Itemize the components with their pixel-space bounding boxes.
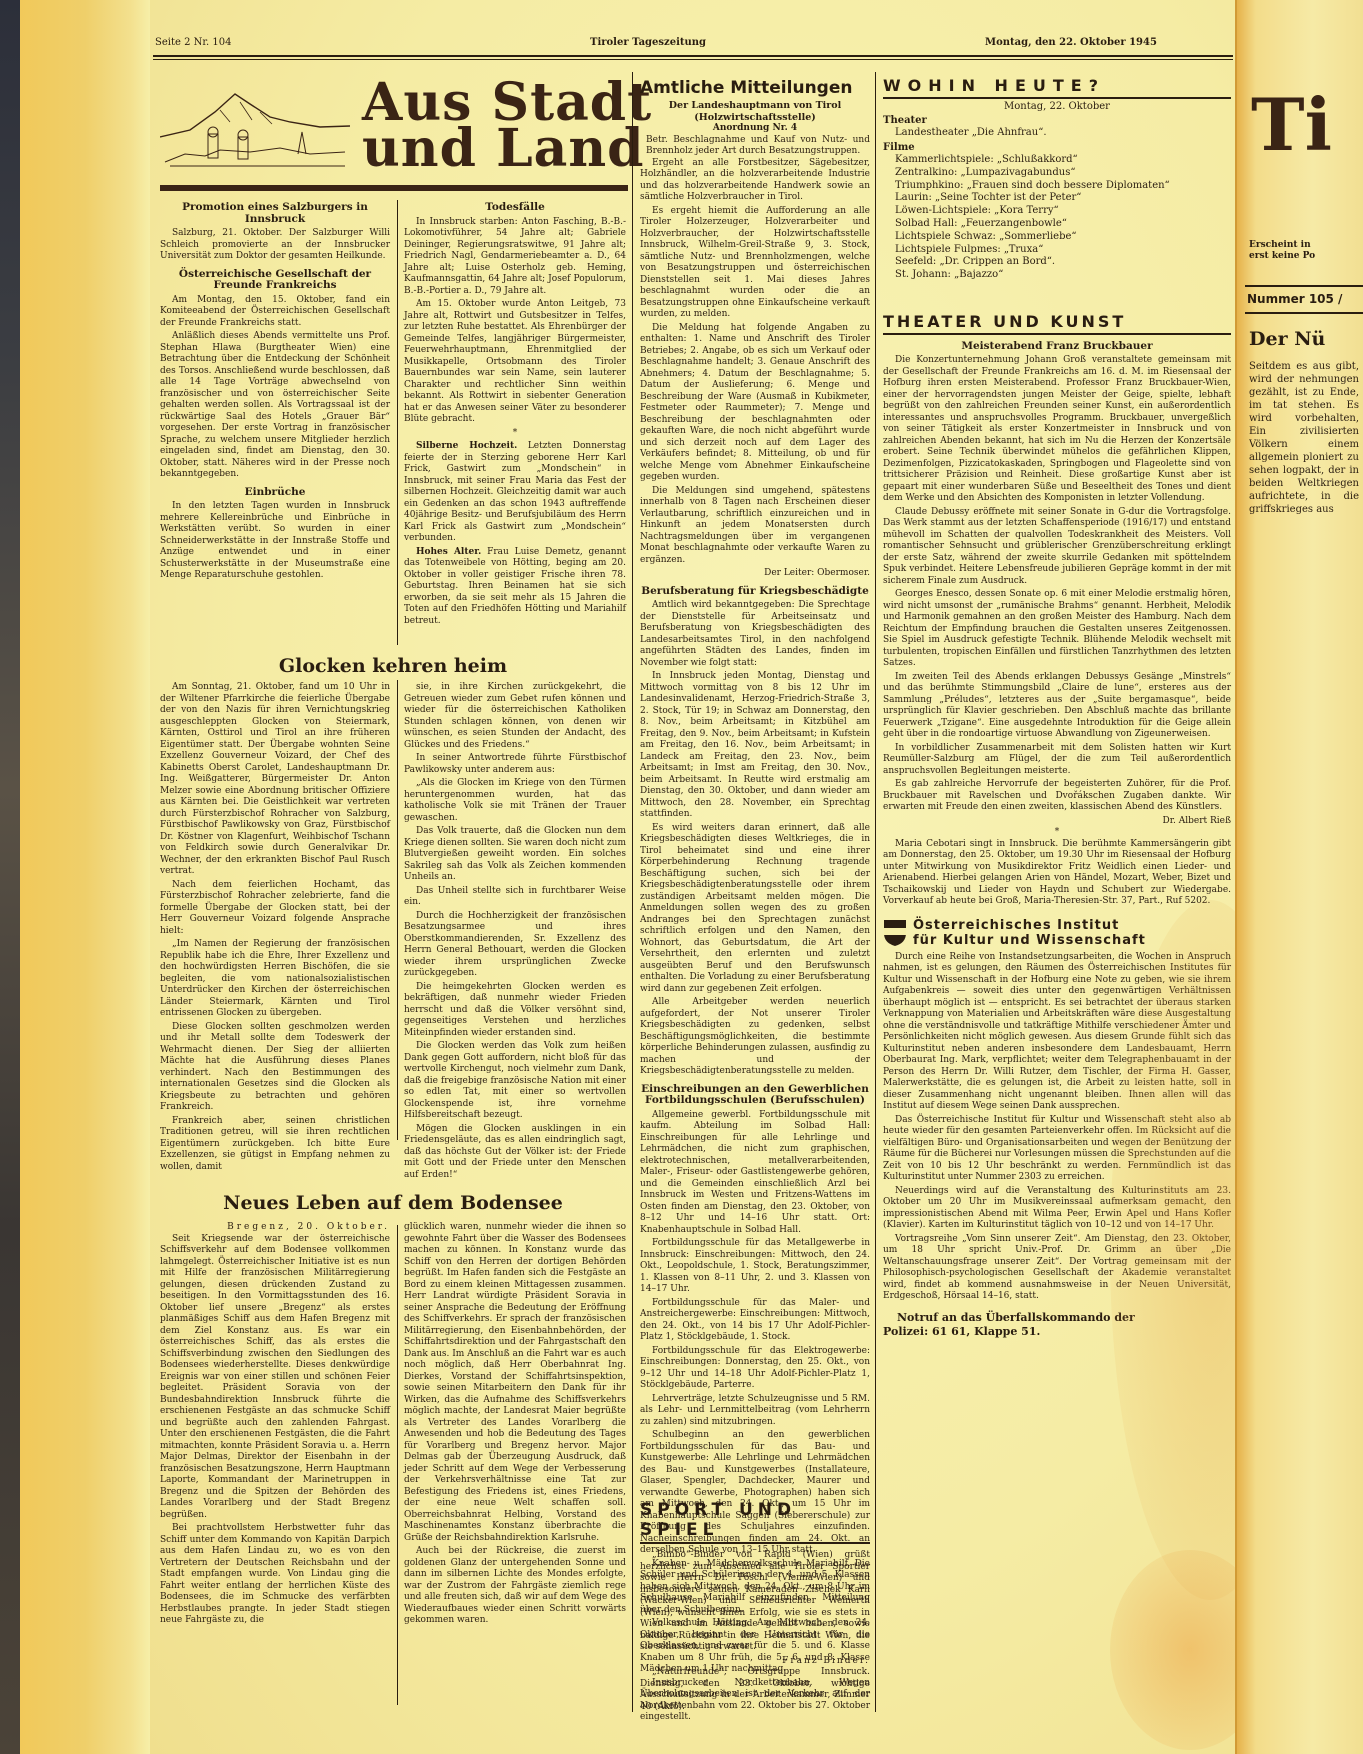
article-body: Ergeht an alle Forstbesitzer, Sägebesitz…: [640, 158, 870, 204]
film-listing: Lichtspiele Schwaz: „Sommerliebe“: [895, 231, 1231, 244]
bodensee-right-column: glücklich waren, nunmehr wieder die ihne…: [404, 1222, 626, 1629]
issuer: Der Landeshauptmann von Tirol (Holzwirts…: [640, 100, 870, 123]
column-rule: [397, 200, 398, 645]
notruf-line: Notruf an das Überfallskommando der: [883, 1311, 1231, 1325]
column-rule: [397, 680, 398, 1140]
article-body: Nach dem feierlichen Hochamt, das Fürste…: [160, 880, 390, 938]
article-body: Die Meldung hat folgende Angaben zu enth…: [640, 323, 870, 484]
article-body: „Im Namen der Regierung der französische…: [160, 939, 390, 1020]
article-body: Die Konzertunternehmung Johann Groß vera…: [883, 355, 1231, 505]
column-2: Todesfälle In Innsbruck starben: Anton F…: [404, 202, 626, 629]
masthead-fragment: Ti: [1251, 85, 1332, 165]
newspaper-page: Seite 2 Nr. 104 Tiroler Tageszeitung Mon…: [150, 0, 1235, 1754]
betreff: Betr. Beschlagnahme und Kauf von Nutz- u…: [640, 135, 870, 158]
separator-asterisk: *: [404, 428, 626, 440]
article-body: Am 15. Oktober wurde Anton Leitgeb, 73 J…: [404, 299, 626, 426]
page-margin: [20, 0, 150, 1754]
section-heading: SPORT UND SPIEL: [640, 1500, 870, 1544]
article-title: Einschreibungen an den Gewerblichen Fort…: [640, 1084, 870, 1107]
article-body: Bei prachtvollstem Herbstwetter fuhr das…: [160, 1523, 390, 1627]
emergency-notice: Notruf an das Überfallskommando der Poli…: [883, 1311, 1231, 1339]
film-listing: Laurin: „Seine Tochter ist der Peter“: [895, 192, 1231, 205]
article-body: Frankreich aber, seinen christlichen Tra…: [160, 1116, 390, 1174]
article-title: Meisterabend Franz Bruckbauer: [883, 341, 1231, 353]
institut-title-line2: für Kultur und Wissenschaft: [913, 933, 1146, 948]
article-body: Seit Kriegsende war der österreichische …: [160, 1234, 390, 1522]
section-heading: Amtliche Mitteilungen: [640, 78, 870, 98]
article-title: Österreichische Gesellschaft der Freunde…: [160, 269, 390, 292]
article-title-fragment: Der Nü: [1249, 328, 1325, 350]
bodensee-left-column: Bregenz, 20. Oktober. Seit Kriegsende wa…: [160, 1222, 390, 1629]
column-rule: [397, 1225, 398, 1705]
article-body: Durch die Hochherzigkeit der französisch…: [404, 911, 626, 980]
dateline: Bregenz, 20. Oktober.: [160, 1222, 390, 1234]
article-body: Es ergeht hiemit die Aufforderung an all…: [640, 206, 870, 321]
article-body: In seiner Antwortrede führte Fürstbischo…: [404, 753, 626, 776]
glocken-right-column: sie, in ihre Kirchen zurückgekehrt, die …: [404, 682, 626, 1183]
article-body: Frau Luise Demetz, genannt das Totenweib…: [404, 547, 626, 626]
sport-section: SPORT UND SPIEL „Bimbo“-Binder von Rapid…: [640, 1500, 870, 1715]
section-heading: WOHIN HEUTE?: [883, 76, 1231, 99]
article-body: Mögen die Glocken ausklingen in ein Frie…: [404, 1124, 626, 1182]
column-4: WOHIN HEUTE? Montag, 22. Oktober Theater…: [883, 76, 1231, 1339]
article-body: Alle Arbeitgeber werden neuerlich aufgef…: [640, 997, 870, 1078]
article-body: In den letzten Tagen wurden in Innsbruck…: [160, 501, 390, 582]
article-body: Amtlich wird bekanntgegeben: Die Sprecht…: [640, 600, 870, 669]
article-body: In Innsbruck jeden Montag, Dienstag und …: [640, 671, 870, 821]
article-title: Promotion eines Salzburgers in Innsbruck: [160, 202, 390, 225]
article-body: Lehrverträge, letzte Schulzeugnisse und …: [640, 1394, 870, 1429]
article-title: Berufsberatung für Kriegsbeschädigte: [640, 586, 870, 598]
article-body: Neuerdings wird auf die Veranstaltung de…: [883, 1186, 1231, 1232]
article-body: glücklich waren, nunmehr wieder die ihne…: [404, 1222, 626, 1544]
article-body: Die heimgekehrten Glocken werden es bekr…: [404, 982, 626, 1040]
article-body: Claude Debussy eröffnete mit seiner Sona…: [883, 507, 1231, 588]
article-lead: Hohes Alter.: [416, 547, 481, 557]
section-title-line2: und Land: [362, 126, 645, 172]
page-number: Seite 2 Nr. 104: [155, 37, 232, 49]
article-body: „Naturfreunde“, Ortsgruppe Innsbruck. Di…: [640, 1667, 870, 1713]
innsbruck-skyline-illustration: [160, 82, 350, 172]
film-listing: St. Johann: „Bajazzo“: [895, 269, 1231, 282]
order-number: Anordnung Nr. 4: [640, 123, 870, 135]
listing-category: Theater: [883, 115, 1231, 127]
signature: Dr. Albert Rieß: [883, 816, 1231, 828]
tagline-line: erst keine Po: [1249, 251, 1315, 262]
notruf-line: Polizei: 61 61, Klappe 51.: [883, 1325, 1231, 1339]
rule: [1245, 312, 1363, 314]
article-body: Es wird weiters daran erinnert, daß alle…: [640, 823, 870, 996]
rule: [1245, 285, 1363, 287]
institut-heading: Österreichisches Institut für Kultur und…: [883, 918, 1231, 948]
article-body: Am Montag, den 15. Oktober, fand ein Kom…: [160, 295, 390, 330]
signature: Franz Binder.: [640, 1656, 870, 1668]
paper-name: Tiroler Tageszeitung: [590, 37, 706, 49]
separator-asterisk: *: [883, 827, 1231, 839]
article-body: Das Unheil stellte sich in furchtbarer W…: [404, 886, 626, 909]
article-body: Georges Enesco, dessen Sonate op. 6 mit …: [883, 589, 1231, 670]
article-body: Allgemeine gewerbl. Fortbildungsschule m…: [640, 1110, 870, 1237]
film-listing: Löwen-Lichtspiele: „Kora Terry“: [895, 205, 1231, 218]
column-1: Promotion eines Salzburgers in Innsbruck…: [160, 202, 390, 584]
article-headline: Neues Leben auf dem Bodensee: [160, 1192, 626, 1214]
article-body: Auch bei der Rückreise, die zuerst im go…: [404, 1546, 626, 1627]
section-heading: THEATER UND KUNST: [883, 312, 1231, 335]
article-body: In vorbildlicher Zusammenarbeit mit dem …: [883, 743, 1231, 778]
austrian-shield-icon: [883, 919, 907, 947]
film-list: Kammerlichtspiele: „Schlußakkord“ Zentra…: [883, 154, 1231, 282]
article-body: In Innsbruck starben: Anton Fasching, B.…: [404, 217, 626, 298]
film-listing: Solbad Hall: „Feuerzangenbowle“: [895, 218, 1231, 231]
article-body: „Bimbo“-Binder von Rapid (Wien) grüßt he…: [640, 1550, 870, 1654]
article-body: Fortbildungsschule für das Maler- und An…: [640, 1298, 870, 1344]
article-body: Letzten Donnerstag feierte der in Sterzi…: [404, 441, 626, 543]
article-title: Einbrüche: [160, 487, 390, 499]
article-body-fragment: Seitdem es aus gibt, wird der nehmungen …: [1249, 360, 1359, 1730]
article-title: Todesfälle: [404, 202, 626, 214]
listing-entry: Landestheater „Die Ahnfrau“.: [883, 127, 1231, 139]
column-rule: [632, 72, 633, 1712]
column-3: Amtliche Mitteilungen Der Landeshauptman…: [640, 78, 870, 1726]
listing-category: Filme: [883, 142, 1231, 154]
listing-date: Montag, 22. Oktober: [883, 101, 1231, 113]
article-body: Das Österreichische Institut für Kultur …: [883, 1115, 1231, 1184]
article-body: Es gab zahlreiche Hervorrufe der begeist…: [883, 779, 1231, 814]
article-body: Das Volk trauerte, daß die Glocken nun d…: [404, 826, 626, 884]
article-body: Salzburg, 21. Oktober. Der Salzburger Wi…: [160, 228, 390, 263]
article-body: Fortbildungsschule für das Metallgewerbe…: [640, 1238, 870, 1296]
article-body: Fortbildungsschule für das Elektrogewerb…: [640, 1346, 870, 1392]
banner-rule: [160, 185, 628, 191]
article-body: Anläßlich dieses Abends vermittelte uns …: [160, 331, 390, 481]
article-body: Vortragsreihe „Vom Sinn unserer Zeit“. A…: [883, 1234, 1231, 1303]
glocken-left-column: Am Sonntag, 21. Oktober, fand um 10 Uhr …: [160, 682, 390, 1175]
film-listing: Triumphkino: „Frauen sind doch bessere D…: [895, 180, 1231, 193]
article-body: „Als die Glocken im Kriege von den Türme…: [404, 778, 626, 824]
issue-number-fragment: Nummer 105 /: [1247, 292, 1342, 306]
film-listing: Lichtspiele Fulpmes: „Truxa“: [895, 244, 1231, 257]
institut-title-line1: Österreichisches Institut: [913, 918, 1146, 933]
film-listing: Kammerlichtspiele: „Schlußakkord“: [895, 154, 1231, 167]
adjacent-page: Ti Erscheint in erst keine Po Nummer 105…: [1235, 0, 1363, 1754]
article-body: sie, in ihre Kirchen zurückgekehrt, die …: [404, 682, 626, 751]
film-listing: Seefeld: „Dr. Crippen an Bord“.: [895, 256, 1231, 269]
article-lead: Silberne Hochzeit.: [416, 441, 517, 451]
column-rule: [875, 72, 876, 1712]
header-rule: [153, 55, 1233, 60]
article-body: Die Glocken werden das Volk zum heißen D…: [404, 1041, 626, 1122]
signature: Der Leiter: Obermoser.: [640, 568, 870, 580]
article-body: Am Sonntag, 21. Oktober, fand um 10 Uhr …: [160, 682, 390, 878]
article-body: Im zweiten Teil des Abends erklangen Deb…: [883, 672, 1231, 741]
film-listing: Zentralkino: „Lumpazivagabundus“: [895, 167, 1231, 180]
book-binding: [0, 0, 20, 1754]
article-body: Durch eine Reihe von Instandsetzungsarbe…: [883, 952, 1231, 1113]
tagline-line: Erscheint in: [1249, 240, 1315, 251]
article-body: Maria Cebotari singt in Innsbruck. Die b…: [883, 839, 1231, 908]
tagline-fragment: Erscheint in erst keine Po: [1249, 240, 1315, 262]
article-body: Die Meldungen sind umgehend, spätestens …: [640, 486, 870, 567]
article-headline: Glocken kehren heim: [160, 655, 626, 677]
article-body: Diese Glocken sollten geschmolzen werden…: [160, 1022, 390, 1114]
issue-date: Montag, den 22. Oktober 1945: [985, 37, 1157, 49]
